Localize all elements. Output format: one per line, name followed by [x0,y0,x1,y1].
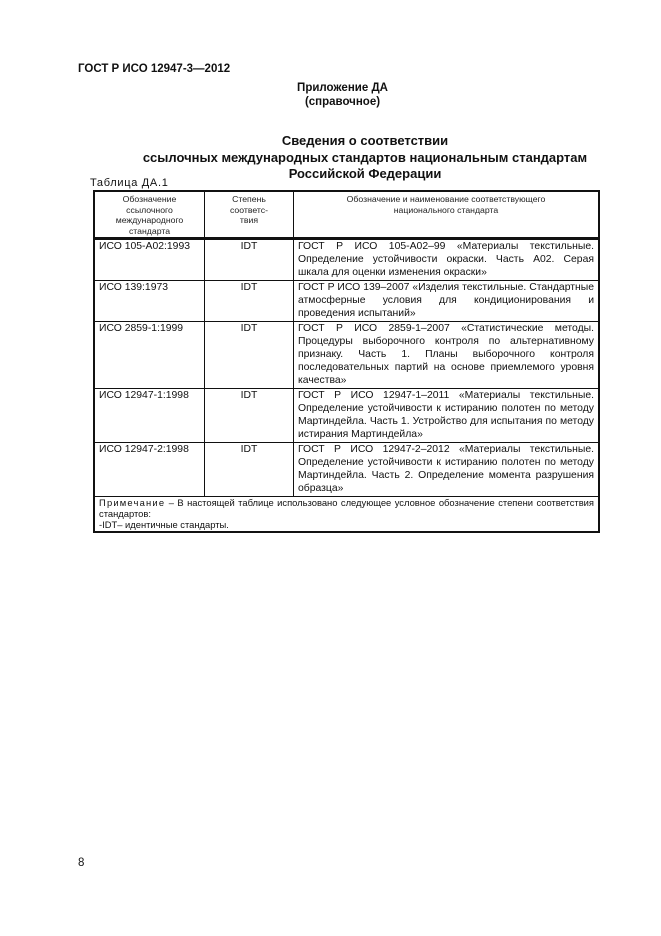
cell-national-standard: ГОСТ Р ИСО 2859-1–2007 «Статистические м… [294,322,600,389]
table-caption: Таблица ДА.1 [90,177,169,189]
cell-national-standard: ГОСТ Р ИСО 12947-2–2012 «Материалы текст… [294,443,600,497]
column-header-line: Степень [209,194,289,205]
column-header-national: Обозначение и наименование соответствующ… [294,191,600,239]
column-header-line: национального стандарта [298,205,594,216]
section-heading: Сведения о соответствии ссылочных междун… [60,133,661,183]
table-row: ИСО 2859-1:1999IDTГОСТ Р ИСО 2859-1–2007… [94,322,599,389]
column-header-degree: Степеньсоответс-твия [205,191,294,239]
cell-degree: IDT [205,281,294,322]
cell-degree: IDT [205,239,294,281]
table-row: ИСО 139:1973IDTГОСТ Р ИСО 139–2007 «Изде… [94,281,599,322]
cell-national-standard: ГОСТ Р ИСО 139–2007 «Изделия текстильные… [294,281,600,322]
note-item: -IDT– идентичные стандарты. [99,519,594,530]
table-note-row: Примечание – В настоящей таблице использ… [94,497,599,533]
page-number: 8 [78,857,84,869]
cell-intl-standard: ИСО 139:1973 [94,281,205,322]
table-body: ИСО 105-A02:1993IDTГОСТ Р ИСО 105-А02–99… [94,239,599,533]
table-row: ИСО 12947-2:1998IDTГОСТ Р ИСО 12947-2–20… [94,443,599,497]
cell-national-standard: ГОСТ Р ИСО 12947-1–2011 «Материалы текст… [294,389,600,443]
cell-intl-standard: ИСО 105-A02:1993 [94,239,205,281]
cell-degree: IDT [205,322,294,389]
column-header-line: международного [99,215,200,226]
column-header-line: Обозначение и наименование соответствующ… [298,194,594,205]
annex-subtitle: (справочное) [0,96,661,108]
heading-line-2: ссылочных международных стандартов нацио… [60,150,661,167]
note-label: Примечание [99,497,165,508]
heading-line-1: Сведения о соответствии [60,133,661,150]
table-header-row: Обозначениессылочногомеждународногостанд… [94,191,599,239]
standards-table: Обозначениессылочногомеждународногостанд… [93,190,600,533]
column-header-intl: Обозначениессылочногомеждународногостанд… [94,191,205,239]
note-text: – В настоящей таблице использовано следу… [99,497,594,519]
column-header-line: соответс- [209,205,289,216]
document-code: ГОСТ Р ИСО 12947-3—2012 [78,63,230,75]
column-header-line: Обозначение [99,194,200,205]
table-row: ИСО 105-A02:1993IDTГОСТ Р ИСО 105-А02–99… [94,239,599,281]
cell-intl-standard: ИСО 12947-1:1998 [94,389,205,443]
cell-national-standard: ГОСТ Р ИСО 105-А02–99 «Материалы текстил… [294,239,600,281]
column-header-line: стандарта [99,226,200,237]
cell-degree: IDT [205,443,294,497]
table-note: Примечание – В настоящей таблице использ… [94,497,599,533]
cell-degree: IDT [205,389,294,443]
cell-intl-standard: ИСО 12947-2:1998 [94,443,205,497]
column-header-line: твия [209,215,289,226]
column-header-line: ссылочного [99,205,200,216]
cell-intl-standard: ИСО 2859-1:1999 [94,322,205,389]
annex-title: Приложение ДА [0,82,661,94]
table-row: ИСО 12947-1:1998IDTГОСТ Р ИСО 12947-1–20… [94,389,599,443]
